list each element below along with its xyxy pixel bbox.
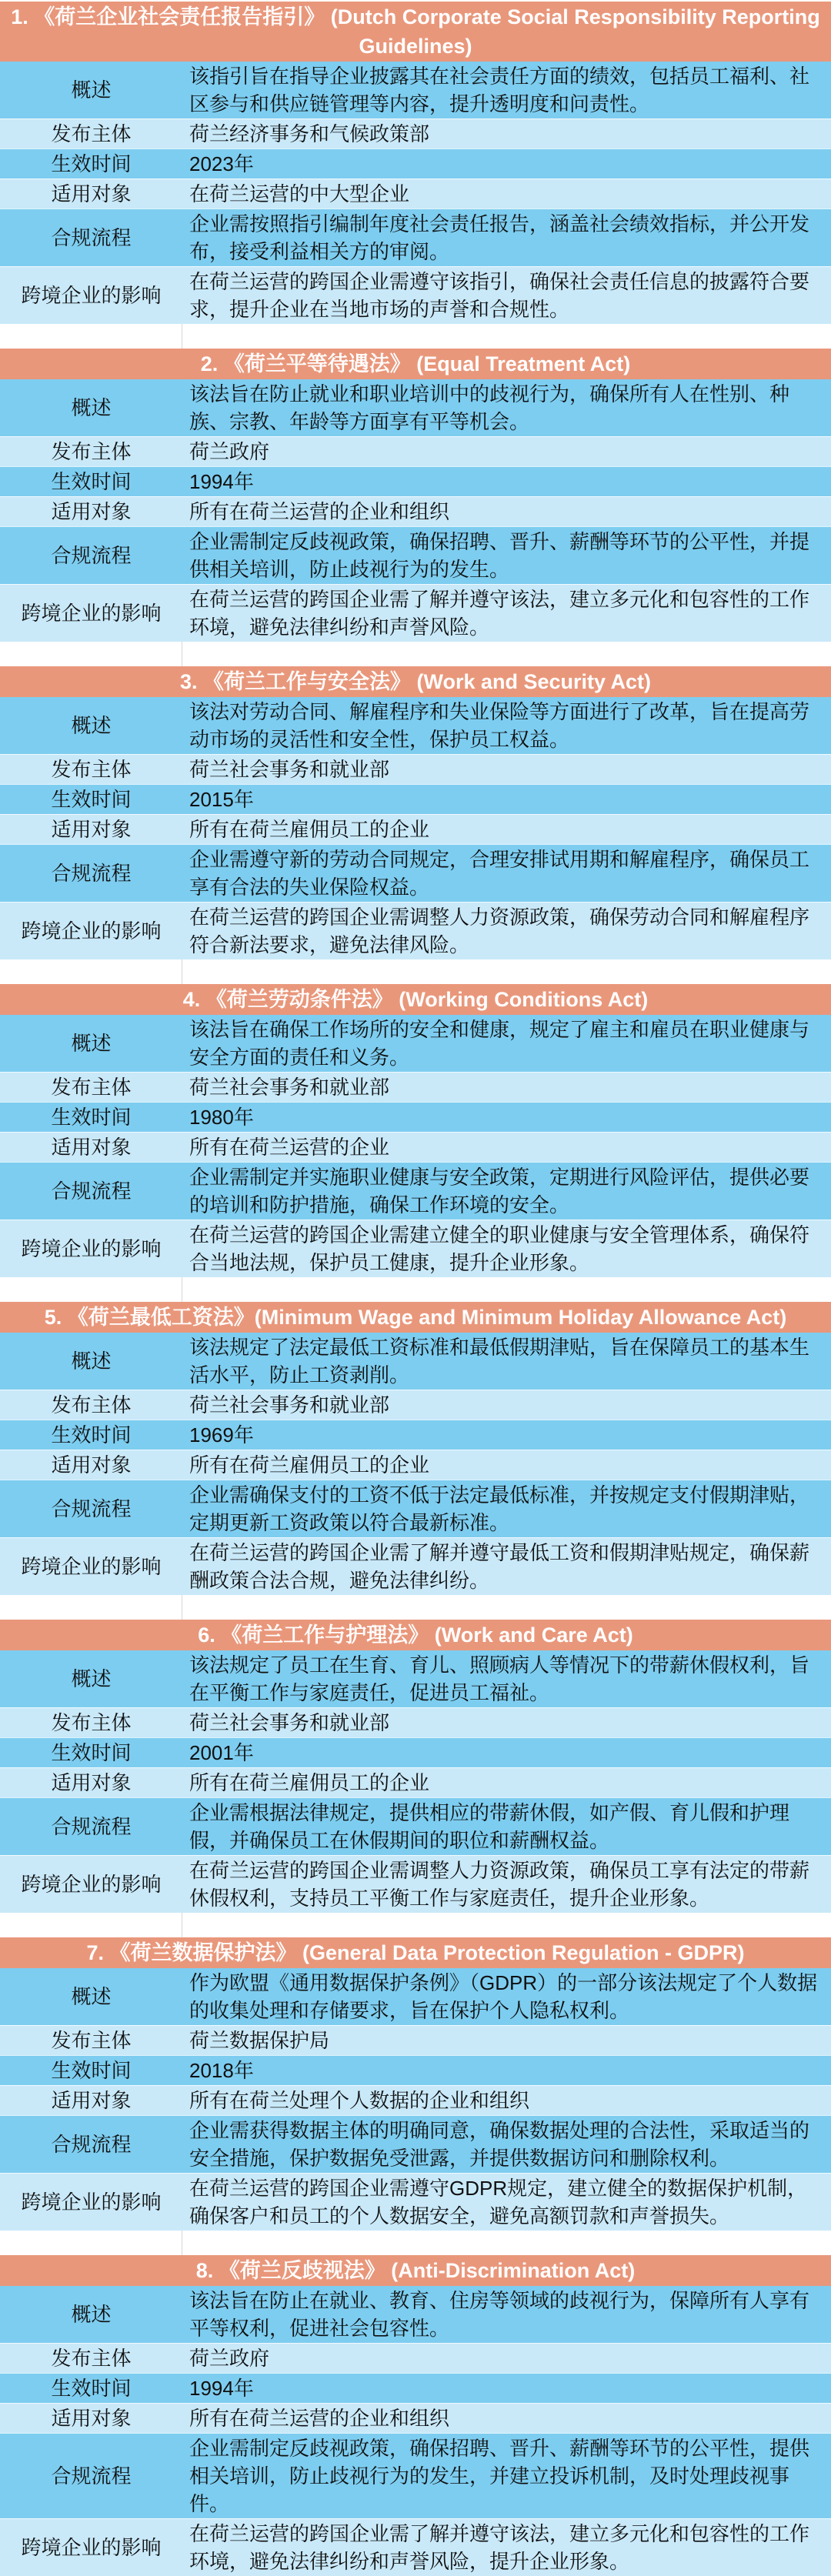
- row-label-effective-date: 生效时间: [0, 1738, 182, 1767]
- law-section: 2. 《荷兰平等待遇法》 (Equal Treatment Act) 概述 该法…: [0, 349, 831, 666]
- overview-value: 该法规定了员工在生育、育儿、照顾病人等情况下的带薪休假权利，旨在平衡工作与家庭责…: [182, 1650, 831, 1707]
- table-row-compliance-process: 合规流程 企业需遵守新的劳动合同规定，合理安排试用期和解雇程序，确保员工享有合法…: [0, 844, 831, 902]
- row-label-overview: 概述: [0, 2286, 182, 2343]
- law-section-title: 7. 《荷兰数据保护法》 (General Data Protection Re…: [0, 1937, 831, 1968]
- row-label-cross-border-impact: 跨境企业的影响: [0, 1856, 182, 1913]
- cross-border-impact-value: 在荷兰运营的跨国企业需遵守该指引，确保社会责任信息的披露符合要求，提升企业在当地…: [182, 267, 831, 324]
- law-detail-table: 概述 该法旨在确保工作场所的安全和健康，规定了雇主和雇员在职业健康与安全方面的责…: [0, 1015, 831, 1277]
- law-section: 5. 《荷兰最低工资法》(Minimum Wage and Minimum Ho…: [0, 1302, 831, 1620]
- cross-border-impact-value: 在荷兰运营的跨国企业需调整人力资源政策，确保劳动合同和解雇程序符合新法要求，避免…: [182, 903, 831, 959]
- row-label-effective-date: 生效时间: [0, 467, 182, 496]
- table-row-cross-border-impact: 跨境企业的影响 在荷兰运营的跨国企业需了解并遵守该法，建立多元化和包容性的工作环…: [0, 2518, 831, 2576]
- table-row-issuer: 发布主体 荷兰社会事务和就业部: [0, 1707, 831, 1737]
- row-label-compliance-process: 合规流程: [0, 2116, 182, 2173]
- section-divider: [0, 2231, 831, 2255]
- table-row-overview: 概述 该指引旨在指导企业披露其在社会责任方面的绩效，包括员工福利、社区参与和供应…: [0, 62, 831, 118]
- law-section-title: 8. 《荷兰反歧视法》 (Anti-Discrimination Act): [0, 2255, 831, 2286]
- row-label-issuer: 发布主体: [0, 2026, 182, 2055]
- row-label-issuer: 发布主体: [0, 1390, 182, 1420]
- cross-border-impact-value: 在荷兰运营的跨国企业需了解并遵守最低工资和假期津贴规定，确保薪酬政策合法合规，避…: [182, 1538, 831, 1595]
- table-row-applicable-scope: 适用对象 所有在荷兰运营的企业和组织: [0, 496, 831, 526]
- section-divider-column-line: [0, 2231, 182, 2255]
- row-label-applicable-scope: 适用对象: [0, 179, 182, 209]
- issuer-value: 荷兰政府: [182, 2344, 831, 2373]
- table-row-overview: 概述 该法对劳动合同、解雇程序和失业保险等方面进行了改革，旨在提高劳动市场的灵活…: [0, 697, 831, 754]
- row-label-issuer: 发布主体: [0, 1708, 182, 1737]
- law-section: 7. 《荷兰数据保护法》 (General Data Protection Re…: [0, 1937, 831, 2255]
- section-divider-column-line: [0, 642, 182, 666]
- table-row-cross-border-impact: 跨境企业的影响 在荷兰运营的跨国企业需了解并遵守最低工资和假期津贴规定，确保薪酬…: [0, 1537, 831, 1595]
- section-divider-column-line: [0, 1277, 182, 1302]
- section-divider: [0, 1277, 831, 1302]
- law-detail-table: 概述 作为欧盟《通用数据保护条例》（GDPR）的一部分该法规定了个人数据的收集处…: [0, 1968, 831, 2231]
- cross-border-impact-value: 在荷兰运营的跨国企业需建立健全的职业健康与安全管理体系，确保符合当地法规，保护员…: [182, 1220, 831, 1277]
- table-row-issuer: 发布主体 荷兰社会事务和就业部: [0, 1072, 831, 1102]
- row-label-issuer: 发布主体: [0, 2344, 182, 2373]
- table-row-overview: 概述 该法旨在防止就业和职业培训中的歧视行为，确保所有人在性别、种族、宗教、年龄…: [0, 379, 831, 436]
- law-detail-table: 概述 该法对劳动合同、解雇程序和失业保险等方面进行了改革，旨在提高劳动市场的灵活…: [0, 697, 831, 959]
- row-label-cross-border-impact: 跨境企业的影响: [0, 585, 182, 642]
- row-label-overview: 概述: [0, 697, 182, 754]
- row-label-overview: 概述: [0, 1650, 182, 1707]
- table-row-issuer: 发布主体 荷兰政府: [0, 436, 831, 466]
- row-label-applicable-scope: 适用对象: [0, 497, 182, 526]
- row-label-overview: 概述: [0, 1015, 182, 1072]
- section-divider: [0, 324, 831, 349]
- issuer-value: 荷兰政府: [182, 437, 831, 466]
- row-label-compliance-process: 合规流程: [0, 209, 182, 266]
- applicable-scope-value: 所有在荷兰运营的企业和组织: [182, 497, 831, 526]
- section-divider: [0, 1595, 831, 1620]
- law-section: 3. 《荷兰工作与安全法》 (Work and Security Act) 概述…: [0, 666, 831, 984]
- issuer-value: 荷兰社会事务和就业部: [182, 1073, 831, 1102]
- row-label-overview: 概述: [0, 379, 182, 436]
- table-row-overview: 概述 该法规定了员工在生育、育儿、照顾病人等情况下的带薪休假权利，旨在平衡工作与…: [0, 1650, 831, 1707]
- table-row-overview: 概述 该法旨在防止在就业、教育、住房等领域的歧视行为，保障所有人享有平等权利，促…: [0, 2286, 831, 2343]
- row-label-issuer: 发布主体: [0, 1073, 182, 1102]
- compliance-process-value: 企业需制定反歧视政策，确保招聘、晋升、薪酬等环节的公平性，提供相关培训，防止歧视…: [182, 2434, 831, 2518]
- section-divider-column-line: [0, 959, 182, 984]
- overview-value: 该法对劳动合同、解雇程序和失业保险等方面进行了改革，旨在提高劳动市场的灵活性和安…: [182, 697, 831, 754]
- table-row-compliance-process: 合规流程 企业需获得数据主体的明确同意，确保数据处理的合法性，采取适当的安全措施…: [0, 2115, 831, 2173]
- applicable-scope-value: 所有在荷兰雇佣员工的企业: [182, 1768, 831, 1797]
- law-section-title: 2. 《荷兰平等待遇法》 (Equal Treatment Act): [0, 349, 831, 379]
- compliance-process-value: 企业需按照指引编制年度社会责任报告，涵盖社会绩效指标，并公开发布，接受利益相关方…: [182, 209, 831, 266]
- table-row-applicable-scope: 适用对象 所有在荷兰雇佣员工的企业: [0, 1767, 831, 1797]
- overview-value: 该法旨在防止就业和职业培训中的歧视行为，确保所有人在性别、种族、宗教、年龄等方面…: [182, 379, 831, 436]
- compliance-process-value: 企业需制定并实施职业健康与安全政策，定期进行风险评估，提供必要的培训和防护措施，…: [182, 1163, 831, 1220]
- section-divider-column-line: [0, 324, 182, 349]
- table-row-overview: 概述 该法旨在确保工作场所的安全和健康，规定了雇主和雇员在职业健康与安全方面的责…: [0, 1015, 831, 1072]
- overview-value: 该法规定了法定最低工资标准和最低假期津贴，旨在保障员工的基本生活水平，防止工资剥…: [182, 1333, 831, 1390]
- cross-border-impact-value: 在荷兰运营的跨国企业需了解并遵守该法，建立多元化和包容性的工作环境，避免法律纠纷…: [182, 585, 831, 642]
- table-row-effective-date: 生效时间 1994年: [0, 466, 831, 496]
- table-row-effective-date: 生效时间 2001年: [0, 1737, 831, 1767]
- row-label-effective-date: 生效时间: [0, 1103, 182, 1132]
- applicable-scope-value: 所有在荷兰雇佣员工的企业: [182, 815, 831, 844]
- row-label-compliance-process: 合规流程: [0, 527, 182, 584]
- table-row-cross-border-impact: 跨境企业的影响 在荷兰运营的跨国企业需遵守该指引，确保社会责任信息的披露符合要求…: [0, 266, 831, 324]
- table-row-applicable-scope: 适用对象 所有在荷兰运营的企业和组织: [0, 2403, 831, 2433]
- row-label-overview: 概述: [0, 1333, 182, 1390]
- row-label-applicable-scope: 适用对象: [0, 815, 182, 844]
- effective-date-value: 2023年: [182, 149, 831, 179]
- section-divider: [0, 959, 831, 984]
- row-label-applicable-scope: 适用对象: [0, 1450, 182, 1480]
- row-label-cross-border-impact: 跨境企业的影响: [0, 2174, 182, 2231]
- table-row-cross-border-impact: 跨境企业的影响 在荷兰运营的跨国企业需调整人力资源政策，确保劳动合同和解雇程序符…: [0, 902, 831, 959]
- law-section-title: 6. 《荷兰工作与护理法》 (Work and Care Act): [0, 1620, 831, 1650]
- row-label-issuer: 发布主体: [0, 755, 182, 784]
- row-label-overview: 概述: [0, 62, 182, 118]
- compliance-process-value: 企业需制定反歧视政策，确保招聘、晋升、薪酬等环节的公平性，并提供相关培训，防止歧…: [182, 527, 831, 584]
- applicable-scope-value: 所有在荷兰处理个人数据的企业和组织: [182, 2086, 831, 2115]
- effective-date-value: 1980年: [182, 1103, 831, 1132]
- table-row-issuer: 发布主体 荷兰社会事务和就业部: [0, 1390, 831, 1420]
- row-label-cross-border-impact: 跨境企业的影响: [0, 1220, 182, 1277]
- table-row-cross-border-impact: 跨境企业的影响 在荷兰运营的跨国企业需调整人力资源政策，确保员工享有法定的带薪休…: [0, 1855, 831, 1913]
- issuer-value: 荷兰经济事务和气候政策部: [182, 119, 831, 148]
- law-section-title: 1. 《荷兰企业社会责任报告指引》 (Dutch Corporate Socia…: [0, 2, 831, 62]
- row-label-compliance-process: 合规流程: [0, 2434, 182, 2518]
- row-label-issuer: 发布主体: [0, 437, 182, 466]
- row-label-effective-date: 生效时间: [0, 2056, 182, 2085]
- effective-date-value: 2001年: [182, 1738, 831, 1767]
- table-row-effective-date: 生效时间 1969年: [0, 1420, 831, 1450]
- issuer-value: 荷兰数据保护局: [182, 2026, 831, 2055]
- row-label-compliance-process: 合规流程: [0, 845, 182, 902]
- law-detail-table: 概述 该法规定了员工在生育、育儿、照顾病人等情况下的带薪休假权利，旨在平衡工作与…: [0, 1650, 831, 1913]
- law-detail-table: 概述 该法旨在防止在就业、教育、住房等领域的歧视行为，保障所有人享有平等权利，促…: [0, 2286, 831, 2576]
- cross-border-impact-value: 在荷兰运营的跨国企业需调整人力资源政策，确保员工享有法定的带薪休假权利，支持员工…: [182, 1856, 831, 1913]
- effective-date-value: 1994年: [182, 2374, 831, 2403]
- table-row-effective-date: 生效时间 2018年: [0, 2055, 831, 2085]
- compliance-process-value: 企业需获得数据主体的明确同意，确保数据处理的合法性，采取适当的安全措施，保护数据…: [182, 2116, 831, 2173]
- row-label-applicable-scope: 适用对象: [0, 2404, 182, 2433]
- effective-date-value: 2018年: [182, 2056, 831, 2085]
- applicable-scope-value: 所有在荷兰运营的企业: [182, 1133, 831, 1162]
- table-row-compliance-process: 合规流程 企业需制定反歧视政策，确保招聘、晋升、薪酬等环节的公平性，提供相关培训…: [0, 2433, 831, 2518]
- row-label-cross-border-impact: 跨境企业的影响: [0, 903, 182, 959]
- overview-value: 该指引旨在指导企业披露其在社会责任方面的绩效，包括员工福利、社区参与和供应链管理…: [182, 62, 831, 118]
- table-row-effective-date: 生效时间 2015年: [0, 784, 831, 814]
- table-row-compliance-process: 合规流程 企业需根据法律规定，提供相应的带薪休假，如产假、育儿假和护理假，并确保…: [0, 1797, 831, 1855]
- row-label-effective-date: 生效时间: [0, 1420, 182, 1450]
- law-detail-table: 概述 该法旨在防止就业和职业培训中的歧视行为，确保所有人在性别、种族、宗教、年龄…: [0, 379, 831, 642]
- table-row-cross-border-impact: 跨境企业的影响 在荷兰运营的跨国企业需了解并遵守该法，建立多元化和包容性的工作环…: [0, 584, 831, 642]
- section-divider-column-line: [0, 1595, 182, 1620]
- law-section-title: 5. 《荷兰最低工资法》(Minimum Wage and Minimum Ho…: [0, 1302, 831, 1333]
- effective-date-value: 1994年: [182, 467, 831, 496]
- table-row-compliance-process: 合规流程 企业需按照指引编制年度社会责任报告，涵盖社会绩效指标，并公开发布，接受…: [0, 209, 831, 266]
- table-row-applicable-scope: 适用对象 所有在荷兰处理个人数据的企业和组织: [0, 2085, 831, 2115]
- table-row-effective-date: 生效时间 1980年: [0, 1102, 831, 1132]
- table-row-overview: 概述 作为欧盟《通用数据保护条例》（GDPR）的一部分该法规定了个人数据的收集处…: [0, 1968, 831, 2025]
- law-section: 1. 《荷兰企业社会责任报告指引》 (Dutch Corporate Socia…: [0, 2, 831, 349]
- law-section-title: 4. 《荷兰劳动条件法》 (Working Conditions Act): [0, 984, 831, 1015]
- compliance-process-value: 企业需确保支付的工资不低于法定最低标准，并按规定支付假期津贴，定期更新工资政策以…: [182, 1480, 831, 1537]
- section-divider: [0, 1913, 831, 1937]
- row-label-effective-date: 生效时间: [0, 785, 182, 814]
- table-row-cross-border-impact: 跨境企业的影响 在荷兰运营的跨国企业需遵守GDPR规定，建立健全的数据保护机制，…: [0, 2173, 831, 2231]
- row-label-overview: 概述: [0, 1968, 182, 2025]
- overview-value: 该法旨在防止在就业、教育、住房等领域的歧视行为，保障所有人享有平等权利，促进社会…: [182, 2286, 831, 2343]
- overview-value: 该法旨在确保工作场所的安全和健康，规定了雇主和雇员在职业健康与安全方面的责任和义…: [182, 1015, 831, 1072]
- table-row-compliance-process: 合规流程 企业需制定反歧视政策，确保招聘、晋升、薪酬等环节的公平性，并提供相关培…: [0, 526, 831, 584]
- law-detail-table: 概述 该法规定了法定最低工资标准和最低假期津贴，旨在保障员工的基本生活水平，防止…: [0, 1333, 831, 1595]
- table-row-cross-border-impact: 跨境企业的影响 在荷兰运营的跨国企业需建立健全的职业健康与安全管理体系，确保符合…: [0, 1220, 831, 1277]
- law-detail-table: 概述 该指引旨在指导企业披露其在社会责任方面的绩效，包括员工福利、社区参与和供应…: [0, 62, 831, 324]
- section-divider: [0, 642, 831, 666]
- overview-value: 作为欧盟《通用数据保护条例》（GDPR）的一部分该法规定了个人数据的收集处理和存…: [182, 1968, 831, 2025]
- table-row-compliance-process: 合规流程 企业需确保支付的工资不低于法定最低标准，并按规定支付假期津贴，定期更新…: [0, 1480, 831, 1537]
- table-row-issuer: 发布主体 荷兰社会事务和就业部: [0, 754, 831, 784]
- compliance-process-value: 企业需根据法律规定，提供相应的带薪休假，如产假、育儿假和护理假，并确保员工在休假…: [182, 1798, 831, 1855]
- applicable-scope-value: 所有在荷兰雇佣员工的企业: [182, 1450, 831, 1480]
- table-row-applicable-scope: 适用对象 所有在荷兰雇佣员工的企业: [0, 1450, 831, 1480]
- regulations-document: 1. 《荷兰企业社会责任报告指引》 (Dutch Corporate Socia…: [0, 0, 831, 2576]
- issuer-value: 荷兰社会事务和就业部: [182, 1708, 831, 1737]
- section-divider-column-line: [0, 1913, 182, 1937]
- table-row-issuer: 发布主体 荷兰数据保护局: [0, 2025, 831, 2055]
- row-label-compliance-process: 合规流程: [0, 1798, 182, 1855]
- law-section-title: 3. 《荷兰工作与安全法》 (Work and Security Act): [0, 666, 831, 697]
- compliance-process-value: 企业需遵守新的劳动合同规定，合理安排试用期和解雇程序，确保员工享有合法的失业保险…: [182, 845, 831, 902]
- applicable-scope-value: 在荷兰运营的中大型企业: [182, 179, 831, 209]
- row-label-applicable-scope: 适用对象: [0, 1133, 182, 1162]
- row-label-compliance-process: 合规流程: [0, 1480, 182, 1537]
- row-label-effective-date: 生效时间: [0, 2374, 182, 2403]
- table-row-issuer: 发布主体 荷兰经济事务和气候政策部: [0, 118, 831, 148]
- table-row-applicable-scope: 适用对象 所有在荷兰雇佣员工的企业: [0, 814, 831, 844]
- row-label-applicable-scope: 适用对象: [0, 1768, 182, 1797]
- applicable-scope-value: 所有在荷兰运营的企业和组织: [182, 2404, 831, 2433]
- issuer-value: 荷兰社会事务和就业部: [182, 755, 831, 784]
- row-label-compliance-process: 合规流程: [0, 1163, 182, 1220]
- table-row-applicable-scope: 适用对象 在荷兰运营的中大型企业: [0, 179, 831, 209]
- effective-date-value: 1969年: [182, 1420, 831, 1450]
- table-row-effective-date: 生效时间 2023年: [0, 148, 831, 179]
- row-label-cross-border-impact: 跨境企业的影响: [0, 1538, 182, 1595]
- table-row-issuer: 发布主体 荷兰政府: [0, 2343, 831, 2373]
- table-row-applicable-scope: 适用对象 所有在荷兰运营的企业: [0, 1132, 831, 1162]
- effective-date-value: 2015年: [182, 785, 831, 814]
- table-row-overview: 概述 该法规定了法定最低工资标准和最低假期津贴，旨在保障员工的基本生活水平，防止…: [0, 1333, 831, 1390]
- row-label-effective-date: 生效时间: [0, 149, 182, 179]
- law-section: 6. 《荷兰工作与护理法》 (Work and Care Act) 概述 该法规…: [0, 1620, 831, 1937]
- law-section: 8. 《荷兰反歧视法》 (Anti-Discrimination Act) 概述…: [0, 2255, 831, 2576]
- row-label-cross-border-impact: 跨境企业的影响: [0, 267, 182, 324]
- table-row-effective-date: 生效时间 1994年: [0, 2373, 831, 2403]
- row-label-issuer: 发布主体: [0, 119, 182, 148]
- law-section: 4. 《荷兰劳动条件法》 (Working Conditions Act) 概述…: [0, 984, 831, 1302]
- row-label-cross-border-impact: 跨境企业的影响: [0, 2519, 182, 2576]
- table-row-compliance-process: 合规流程 企业需制定并实施职业健康与安全政策，定期进行风险评估，提供必要的培训和…: [0, 1162, 831, 1220]
- cross-border-impact-value: 在荷兰运营的跨国企业需遵守GDPR规定，建立健全的数据保护机制，确保客户和员工的…: [182, 2174, 831, 2231]
- issuer-value: 荷兰社会事务和就业部: [182, 1390, 831, 1420]
- cross-border-impact-value: 在荷兰运营的跨国企业需了解并遵守该法，建立多元化和包容性的工作环境，避免法律纠纷…: [182, 2519, 831, 2576]
- row-label-applicable-scope: 适用对象: [0, 2086, 182, 2115]
